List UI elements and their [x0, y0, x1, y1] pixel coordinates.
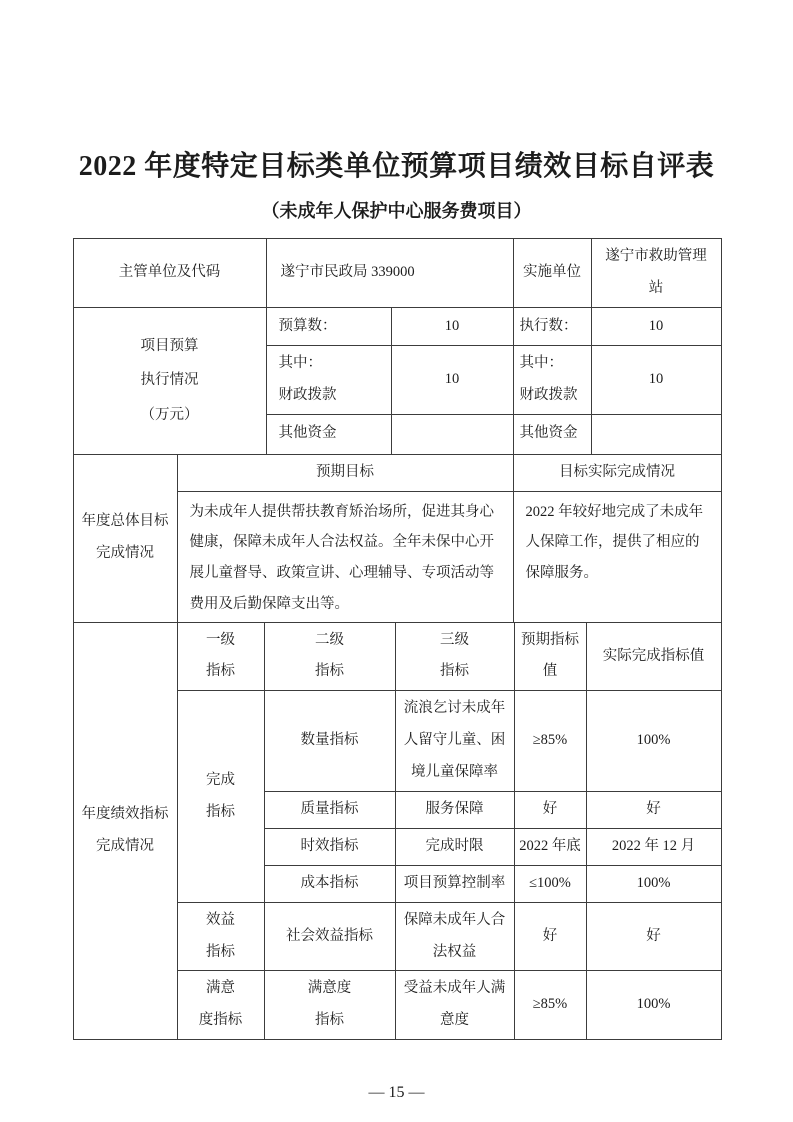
budget-fiscal-label: 其中： 财政拨款 — [266, 345, 391, 414]
budget-amount-label: 预算数： — [266, 307, 391, 345]
benefit-indicator-label: 效益 指标 — [177, 902, 264, 971]
completion-indicator-label: 完成 指标 — [177, 691, 264, 902]
social-benefit-level2: 社会效益指标 — [264, 902, 395, 971]
cost-indicator-expected: ≤100% — [514, 865, 586, 902]
header-level2: 二级 指标 — [264, 622, 395, 691]
performance-section-label: 年度绩效指标 完成情况 — [73, 622, 177, 1040]
satisfaction-actual: 100% — [586, 971, 721, 1040]
table-row: 年度绩效指标 完成情况 一级 指标 二级 指标 三级 指标 预期指标 值 实际完… — [73, 622, 721, 691]
unit-section: 主管单位及代码 遂宁市民政局 339000 实施单位 遂宁市救助管理 站 — [73, 238, 722, 308]
budget-amount-value: 10 — [391, 307, 513, 345]
quality-indicator-actual: 好 — [586, 792, 721, 829]
quality-indicator-level2: 质量指标 — [264, 792, 395, 829]
timeliness-indicator-actual: 2022 年 12 月 — [586, 828, 721, 865]
execution-fiscal-value: 10 — [591, 345, 721, 414]
execution-other-funds-label: 其他资金 — [513, 414, 591, 454]
timeliness-indicator-level3: 完成时限 — [395, 828, 514, 865]
timeliness-indicator-level2: 时效指标 — [264, 828, 395, 865]
expected-goal-header: 预期目标 — [177, 454, 513, 491]
quality-indicator-level3: 服务保障 — [395, 792, 514, 829]
cost-indicator-level3: 项目预算控制率 — [395, 865, 514, 902]
satisfaction-indicator-label: 满意 度指标 — [177, 971, 264, 1040]
header-actual-value: 实际完成指标值 — [586, 622, 721, 691]
quantity-indicator-level3: 流浪乞讨未成年 人留守儿童、困 境儿童保障率 — [395, 691, 514, 792]
supervisor-unit-value: 遂宁市民政局 339000 — [266, 239, 513, 308]
cost-indicator-level2: 成本指标 — [264, 865, 395, 902]
quantity-indicator-level2: 数量指标 — [264, 691, 395, 792]
actual-goal-text: 2022 年较好地完成了未成年人保障工作，提供了相应的保障服务。 — [513, 491, 721, 622]
budget-fiscal-value: 10 — [391, 345, 513, 414]
quantity-indicator-expected: ≥85% — [514, 691, 586, 792]
execution-amount-label: 执行数： — [513, 307, 591, 345]
execution-amount-value: 10 — [591, 307, 721, 345]
social-benefit-actual: 好 — [586, 902, 721, 971]
budget-section-label: 项目预算 执行情况 （万元） — [73, 307, 266, 454]
social-benefit-level3: 保障未成年人合 法权益 — [395, 902, 514, 971]
document-subtitle: （未成年人保护中心服务费项目） — [0, 201, 793, 223]
expected-goal-text: 为未成年人提供帮扶教育矫治场所，促进其身心健康，保障未成年人合法权益。全年未保中… — [177, 491, 513, 622]
social-benefit-expected: 好 — [514, 902, 586, 971]
table-row: 年度总体目标 完成情况 预期目标 目标实际完成情况 — [73, 454, 721, 491]
page-number: — 15 — — [0, 1084, 793, 1102]
self-evaluation-table: 主管单位及代码 遂宁市民政局 339000 实施单位 遂宁市救助管理 站 项目预… — [73, 238, 721, 1040]
timeliness-indicator-expected: 2022 年底 — [514, 828, 586, 865]
header-expected-value: 预期指标 值 — [514, 622, 586, 691]
budget-section: 项目预算 执行情况 （万元） 预算数： 10 执行数： 10 其中： 财政拨款 … — [73, 307, 722, 455]
satisfaction-expected: ≥85% — [514, 971, 586, 1040]
satisfaction-level2: 满意度 指标 — [264, 971, 395, 1040]
cost-indicator-actual: 100% — [586, 865, 721, 902]
supervisor-unit-label: 主管单位及代码 — [73, 239, 266, 308]
satisfaction-level3: 受益未成年人满 意度 — [395, 971, 514, 1040]
header-level3: 三级 指标 — [395, 622, 514, 691]
implementing-unit-label: 实施单位 — [513, 239, 591, 308]
performance-section: 年度绩效指标 完成情况 一级 指标 二级 指标 三级 指标 预期指标 值 实际完… — [73, 622, 722, 1041]
annual-goal-section: 年度总体目标 完成情况 预期目标 目标实际完成情况 为未成年人提供帮扶教育矫治场… — [73, 454, 722, 623]
actual-goal-header: 目标实际完成情况 — [513, 454, 721, 491]
annual-goal-section-label: 年度总体目标 完成情况 — [73, 454, 177, 622]
table-row: 项目预算 执行情况 （万元） 预算数： 10 执行数： 10 — [73, 307, 721, 345]
quality-indicator-expected: 好 — [514, 792, 586, 829]
document-title: 2022 年度特定目标类单位预算项目绩效目标自评表 — [0, 150, 793, 184]
implementing-unit-value: 遂宁市救助管理 站 — [591, 239, 721, 308]
table-row: 主管单位及代码 遂宁市民政局 339000 实施单位 遂宁市救助管理 站 — [73, 239, 721, 308]
execution-fiscal-label: 其中： 财政拨款 — [513, 345, 591, 414]
budget-other-funds-label: 其他资金 — [266, 414, 391, 454]
budget-other-funds-value — [391, 414, 513, 454]
quantity-indicator-actual: 100% — [586, 691, 721, 792]
header-level1: 一级 指标 — [177, 622, 264, 691]
document-page: 2022 年度特定目标类单位预算项目绩效目标自评表 （未成年人保护中心服务费项目… — [0, 0, 793, 1122]
execution-other-funds-value — [591, 414, 721, 454]
